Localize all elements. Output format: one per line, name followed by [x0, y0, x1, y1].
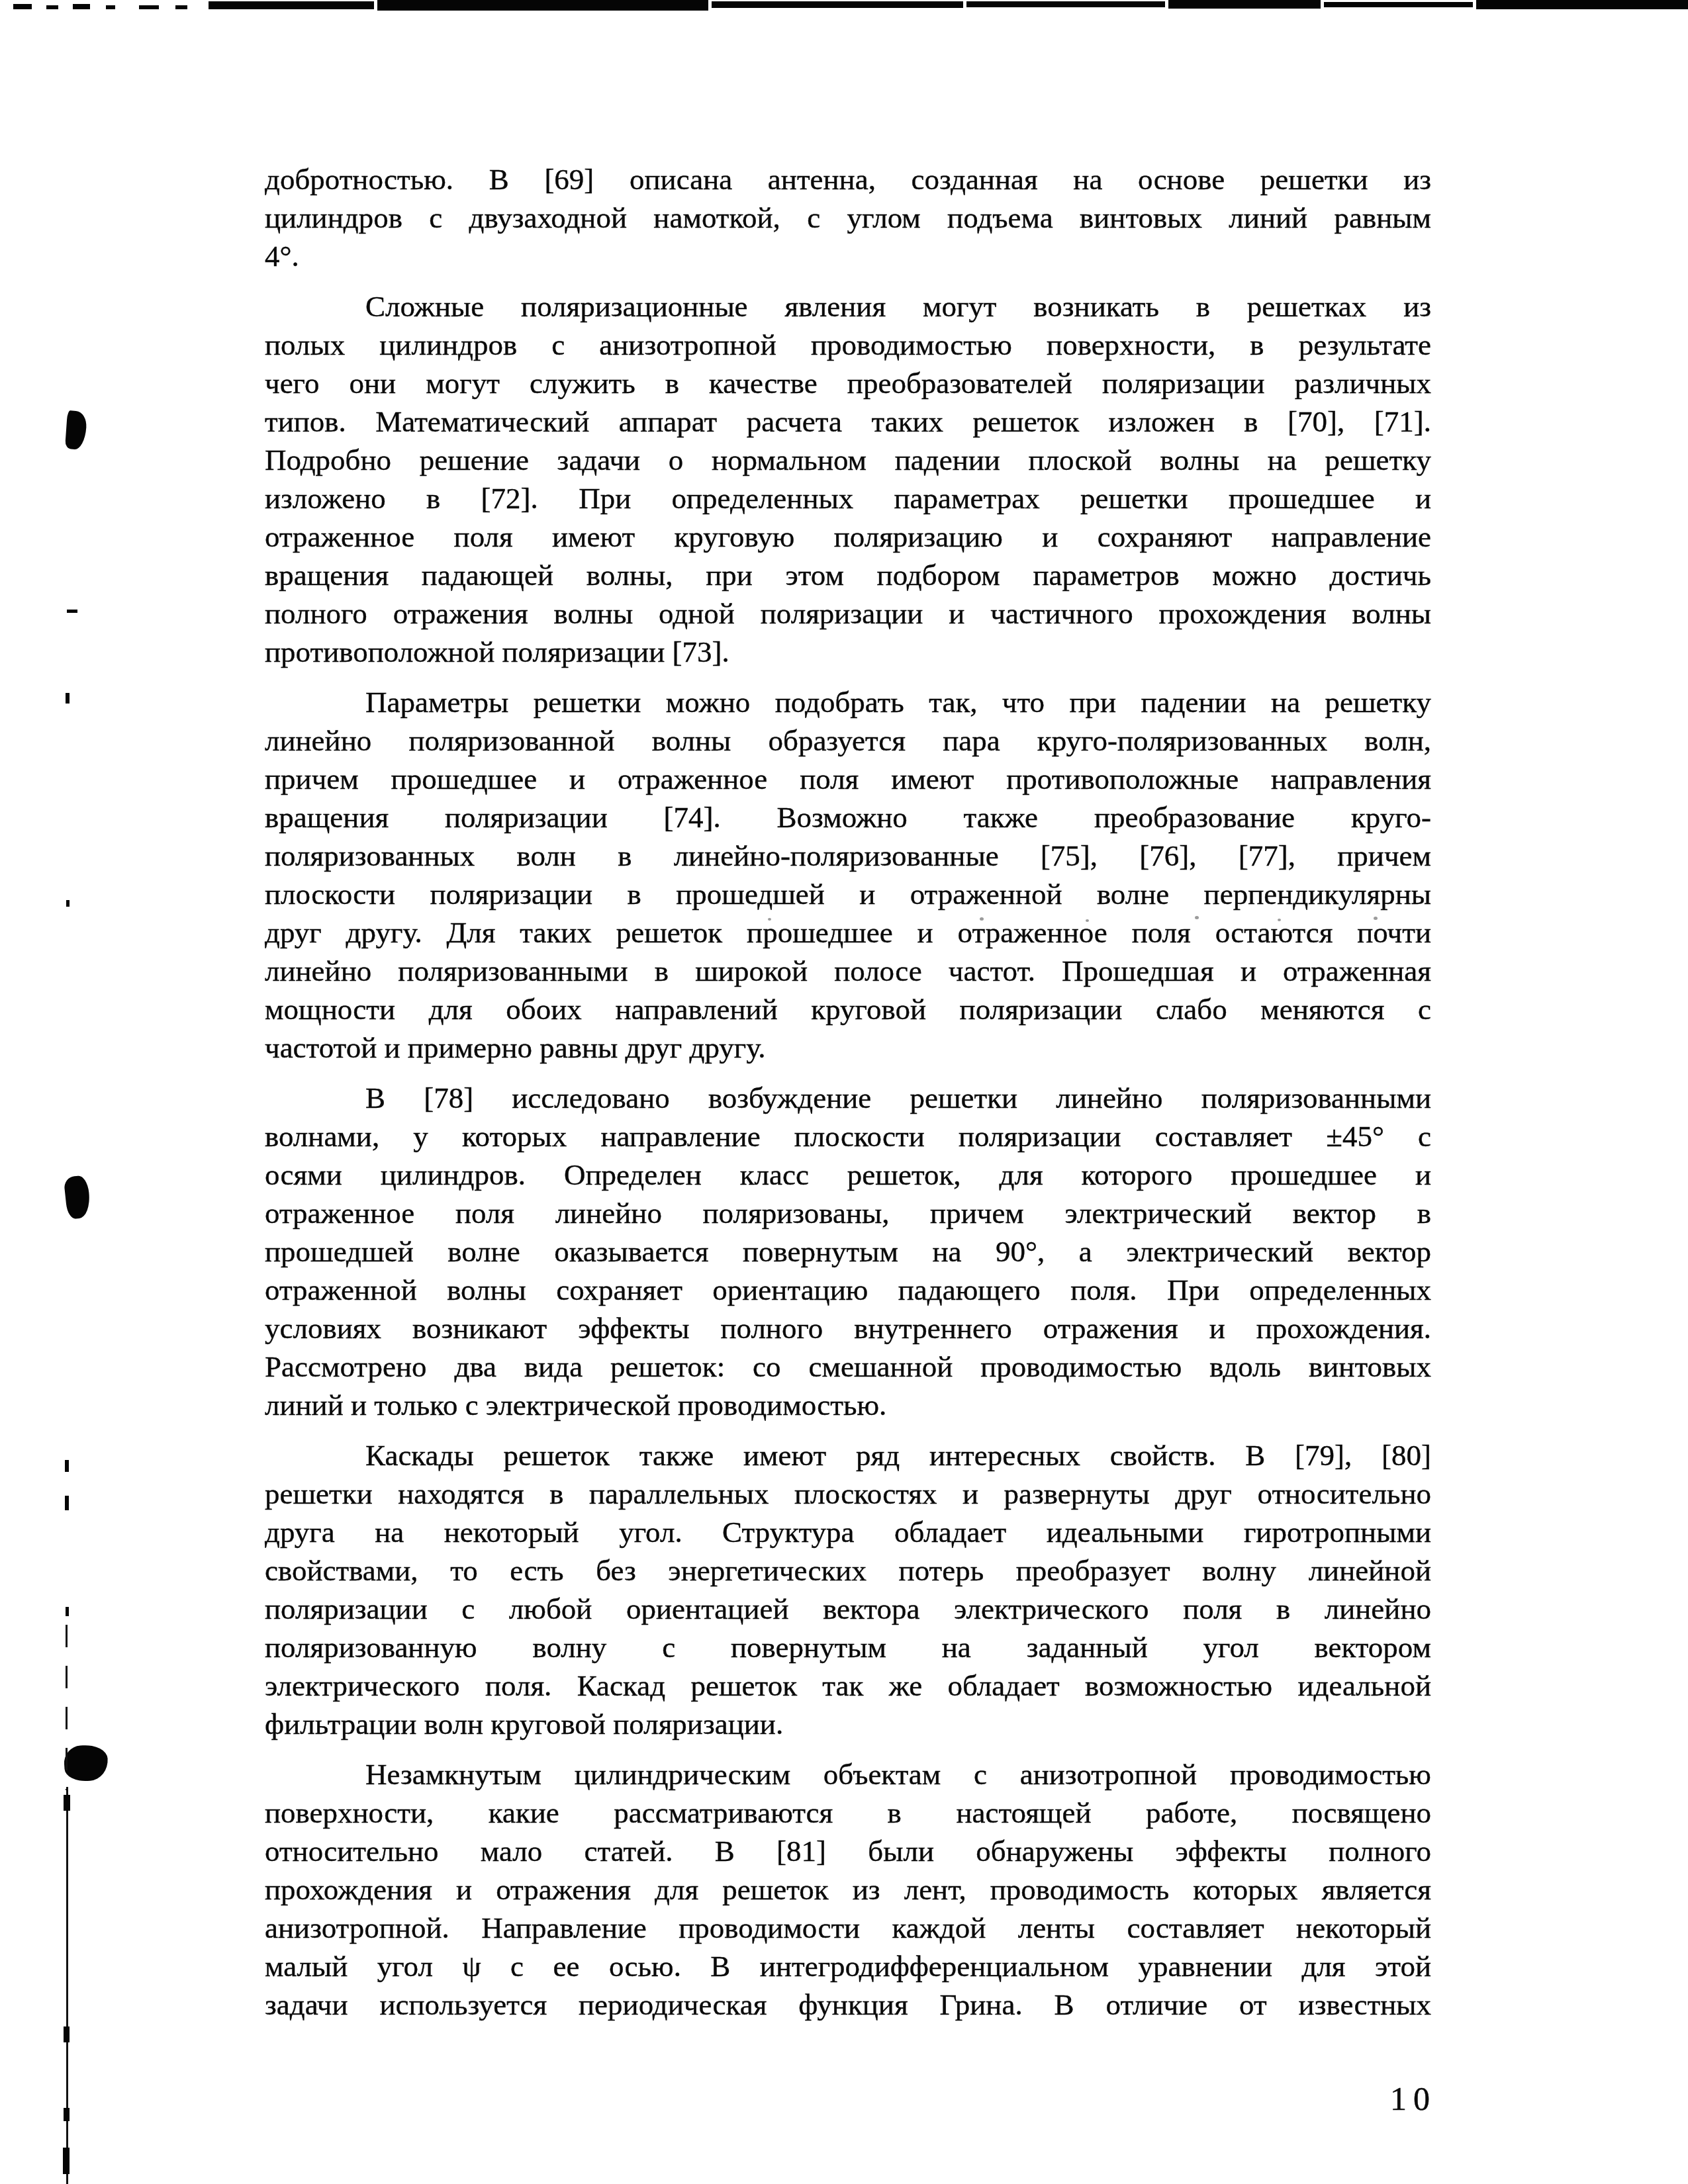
- text-line: линий и только с электрической проводимо…: [265, 1386, 1431, 1424]
- margin-mark: [63, 2148, 70, 2174]
- scan-artifact: [139, 5, 159, 9]
- paragraph: Сложные поляризационные явления могут во…: [265, 287, 1431, 671]
- text-line: поляризации с любой ориентацией вектора …: [265, 1590, 1431, 1628]
- text-line: отраженное поля имеют круговую поляризац…: [265, 518, 1431, 556]
- text-line: Каскады решеток также имеют ряд интересн…: [265, 1436, 1431, 1475]
- text-line: поляризованную волну с повернутым на зад…: [265, 1628, 1431, 1666]
- text-line: осями цилиндров. Определен класс решеток…: [265, 1156, 1431, 1194]
- text-line: друг другу. Для таких решеток прошедшее …: [265, 913, 1431, 952]
- text-line: малый угол ψ с ее осью. В интегродиффере…: [265, 1947, 1431, 1985]
- scan-artifact: [175, 5, 187, 9]
- text-line: вращения поляризации [74]. Возможно такж…: [265, 798, 1431, 837]
- paragraph: Параметры решетки можно подобрать так, ч…: [265, 683, 1431, 1067]
- text-line: 4°.: [265, 237, 1431, 275]
- text-line: цилиндров с двузаходной намоткой, с угло…: [265, 199, 1431, 237]
- text-line: Параметры решетки можно подобрать так, ч…: [265, 683, 1431, 721]
- scan-artifact: [1476, 0, 1688, 9]
- text-line: условиях возникают эффекты полного внутр…: [265, 1309, 1431, 1347]
- margin-mark: [65, 1460, 69, 1472]
- text-line: отраженной волны сохраняет ориентацию па…: [265, 1271, 1431, 1309]
- text-line: вращения падающей волны, при этом подбор…: [265, 556, 1431, 594]
- text-line: задачи используется периодическая функци…: [265, 1985, 1431, 2024]
- text-line: анизотропной. Направление проводимости к…: [265, 1909, 1431, 1947]
- margin-mark: [67, 610, 77, 613]
- text-line: чего они могут служить в качестве преобр…: [265, 364, 1431, 402]
- text-column: добротностью. В [69] описана антенна, со…: [265, 160, 1431, 2036]
- text-line: Рассмотрено два вида решеток: со смешанн…: [265, 1347, 1431, 1386]
- ink-blot: [63, 1744, 109, 1782]
- text-line: линейно поляризованными в широкой полосе…: [265, 952, 1431, 990]
- paragraph: Каскады решеток также имеют ряд интересн…: [265, 1436, 1431, 1743]
- text-line: частотой и примерно равны друг другу.: [265, 1028, 1431, 1067]
- text-line: причем прошедшее и отраженное поля имеют…: [265, 760, 1431, 798]
- text-line: изложено в [72]. При определенных параме…: [265, 479, 1431, 518]
- scan-artifact: [1168, 0, 1321, 9]
- text-line: прохождения и отражения для решеток из л…: [265, 1870, 1431, 1909]
- text-line: отраженное поля линейно поляризованы, пр…: [265, 1194, 1431, 1232]
- scan-artifact: [209, 1, 374, 9]
- scan-artifact: [377, 0, 708, 11]
- scan-artifact: [13, 4, 32, 9]
- text-line: типов. Математический аппарат расчета та…: [265, 402, 1431, 441]
- scan-artifact: [1324, 2, 1473, 7]
- scan-artifact: [712, 1, 963, 8]
- text-line: друга на некоторый угол. Структура облад…: [265, 1513, 1431, 1551]
- scan-artifact: [106, 5, 115, 9]
- margin-mark: [66, 900, 70, 907]
- text-line: Сложные поляризационные явления могут во…: [265, 287, 1431, 326]
- text-line: фильтрации волн круговой поляризации.: [265, 1705, 1431, 1743]
- scanned-page: { "document": { "page_number": "10", "pa…: [0, 0, 1688, 2184]
- margin-mark: [65, 1496, 69, 1510]
- margin-mark: [64, 2026, 70, 2042]
- text-line: Незамкнутым цилиндрическим объектам с ан…: [265, 1755, 1431, 1794]
- text-line: относительно мало статей. В [81] были об…: [265, 1832, 1431, 1870]
- margin-mark: [66, 693, 70, 704]
- text-line: свойствами, то есть без энергетических п…: [265, 1551, 1431, 1590]
- scan-artifact: [966, 1, 1165, 7]
- binding-edge-line: [66, 1787, 68, 2184]
- text-line: мощности для обоих направлений круговой …: [265, 990, 1431, 1028]
- margin-mark: [66, 1607, 69, 1616]
- text-line: поверхности, какие рассматриваются в нас…: [265, 1794, 1431, 1832]
- text-line: противоположной поляризации [73].: [265, 633, 1431, 671]
- text-line: полых цилиндров с анизотропной проводимо…: [265, 326, 1431, 364]
- ink-blot: [65, 410, 87, 450]
- paragraph: В [78] исследовано возбуждение решетки л…: [265, 1079, 1431, 1424]
- ink-blot: [64, 1175, 91, 1219]
- text-line: прошедшей волне оказывается повернутым н…: [265, 1232, 1431, 1271]
- scan-artifact: [73, 4, 90, 9]
- text-line: поляризованных волн в линейно-поляризова…: [265, 837, 1431, 875]
- text-line: Подробно решение задачи о нормальном пад…: [265, 441, 1431, 479]
- scan-artifact: [46, 5, 58, 9]
- paragraph: добротностью. В [69] описана антенна, со…: [265, 160, 1431, 275]
- page-number: 10: [1390, 2079, 1436, 2118]
- paragraph: Незамкнутым цилиндрическим объектам с ан…: [265, 1755, 1431, 2024]
- text-line: добротностью. В [69] описана антенна, со…: [265, 160, 1431, 199]
- margin-mark: [64, 2108, 70, 2121]
- text-line: решетки находятся в параллельных плоскос…: [265, 1475, 1431, 1513]
- text-line: плоскости поляризации в прошедшей и отра…: [265, 875, 1431, 913]
- text-line: волнами, у которых направление плоскости…: [265, 1117, 1431, 1156]
- text-line: линейно поляризованной волны образуется …: [265, 721, 1431, 760]
- text-line: полного отражения волны одной поляризаци…: [265, 594, 1431, 633]
- text-line: электрического поля. Каскад решеток так …: [265, 1666, 1431, 1705]
- text-line: В [78] исследовано возбуждение решетки л…: [265, 1079, 1431, 1117]
- margin-mark: [64, 1795, 70, 1811]
- binding-edge-line: [66, 1625, 68, 1790]
